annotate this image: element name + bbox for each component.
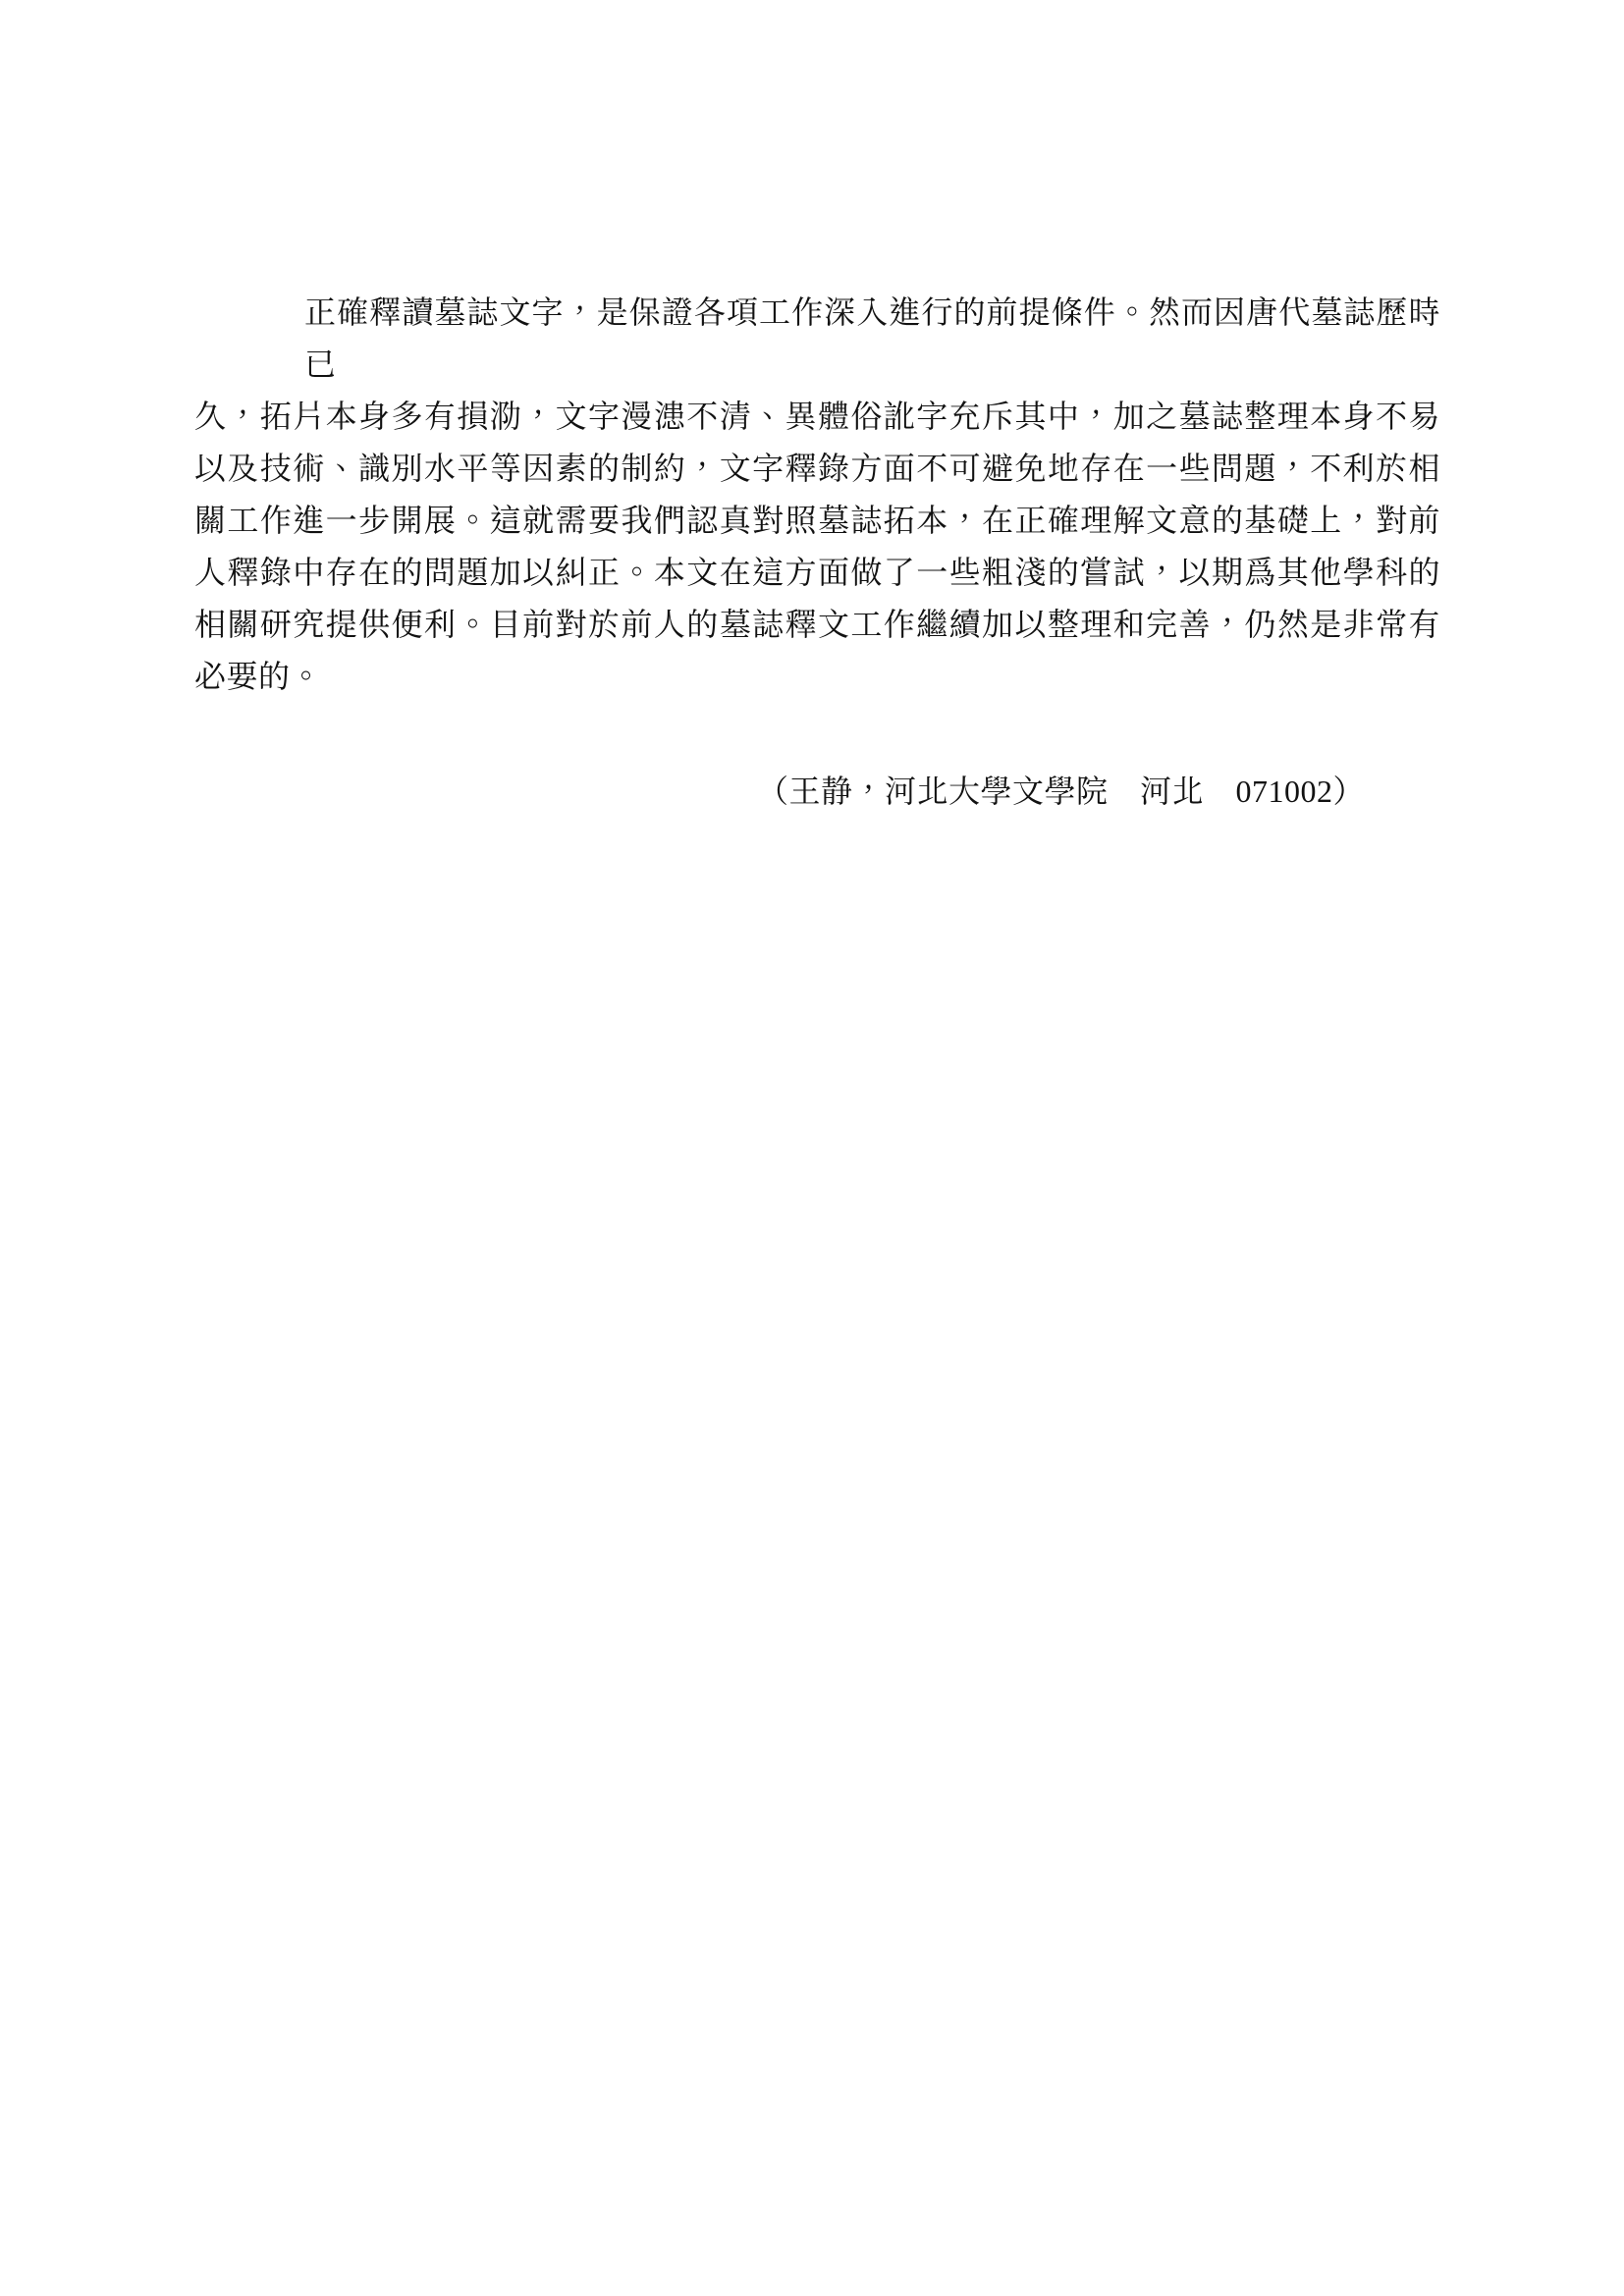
paragraph-line: 久，拓片本身多有損泐，文字漫漶不清、異體俗訛字充斥其中，加之墓誌整理本身不易 <box>194 391 1440 443</box>
paragraph-line: 正確釋讀墓誌文字，是保證各項工作深入進行的前提條件。然而因唐代墓誌歷時已 <box>194 287 1440 391</box>
paragraph-line: 以及技術、識別水平等因素的制約，文字釋錄方面不可避免地存在一些問題，不利於相 <box>194 443 1440 495</box>
body-paragraph: 正確釋讀墓誌文字，是保證各項工作深入進行的前提條件。然而因唐代墓誌歷時已 久，拓… <box>194 287 1440 703</box>
document-page: 正確釋讀墓誌文字，是保證各項工作深入進行的前提條件。然而因唐代墓誌歷時已 久，拓… <box>0 0 1624 2296</box>
paragraph-line: 必要的。 <box>194 651 1440 703</box>
paragraph-line: 人釋錄中存在的問題加以糾正。本文在這方面做了一些粗淺的嘗試，以期爲其他學科的 <box>194 547 1440 599</box>
paragraph-line: 關工作進一步開展。這就需要我們認真對照墓誌拓本，在正確理解文意的基礎上，對前 <box>194 495 1440 547</box>
author-affiliation-line: （王静，河北大學文學院 河北 071002） <box>194 766 1440 818</box>
text-block: 正確釋讀墓誌文字，是保證各項工作深入進行的前提條件。然而因唐代墓誌歷時已 久，拓… <box>194 287 1440 818</box>
paragraph-line: 相關研究提供便利。目前對於前人的墓誌釋文工作繼續加以整理和完善，仍然是非常有 <box>194 599 1440 651</box>
